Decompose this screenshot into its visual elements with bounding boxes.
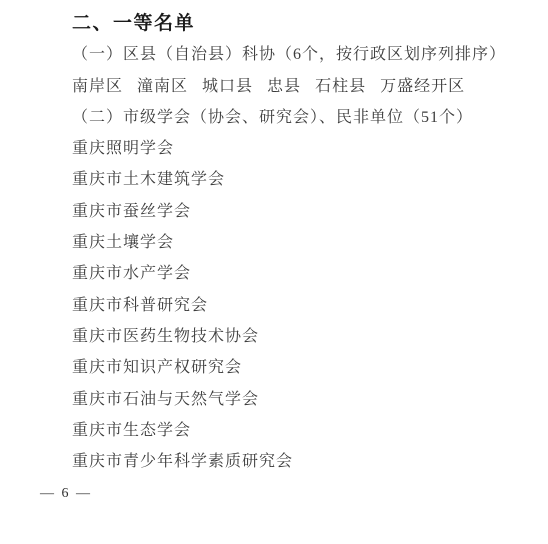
subsection-1-title: （一）区县（自治县）科协（6个，按行政区划序列排序）: [72, 39, 536, 70]
district-item: 南岸区: [72, 71, 123, 102]
district-item: 城口县: [202, 71, 253, 102]
district-list: 南岸区潼南区城口县忠县石柱县万盛经开区: [72, 71, 536, 102]
page-number: — 6 —: [40, 483, 92, 505]
society-item: 重庆市水产学会: [72, 258, 536, 289]
society-item: 重庆土壤学会: [72, 227, 536, 258]
district-item: 忠县: [267, 71, 301, 102]
society-item: 重庆市知识产权研究会: [72, 352, 536, 383]
section-heading: 二、一等名单: [72, 8, 536, 39]
society-item: 重庆市蚕丝学会: [72, 196, 536, 227]
district-item: 万盛经开区: [380, 71, 465, 102]
society-item: 重庆市科普研究会: [72, 290, 536, 321]
society-item: 重庆市医药生物技术协会: [72, 321, 536, 352]
document-content: 二、一等名单 （一）区县（自治县）科协（6个，按行政区划序列排序） 南岸区潼南区…: [72, 8, 536, 477]
society-item: 重庆照明学会: [72, 133, 536, 164]
document-page: 二、一等名单 （一）区县（自治县）科协（6个，按行政区划序列排序） 南岸区潼南区…: [0, 0, 548, 544]
society-item: 重庆市生态学会: [72, 415, 536, 446]
district-item: 石柱县: [315, 71, 366, 102]
subsection-2-title: （二）市级学会（协会、研究会）、民非单位（51个）: [72, 102, 536, 133]
society-item: 重庆市青少年科学素质研究会: [72, 446, 536, 477]
society-item: 重庆市石油与天然气学会: [72, 384, 536, 415]
district-item: 潼南区: [137, 71, 188, 102]
society-item: 重庆市土木建筑学会: [72, 164, 536, 195]
society-list: 重庆照明学会重庆市土木建筑学会重庆市蚕丝学会重庆土壤学会重庆市水产学会重庆市科普…: [72, 133, 536, 477]
